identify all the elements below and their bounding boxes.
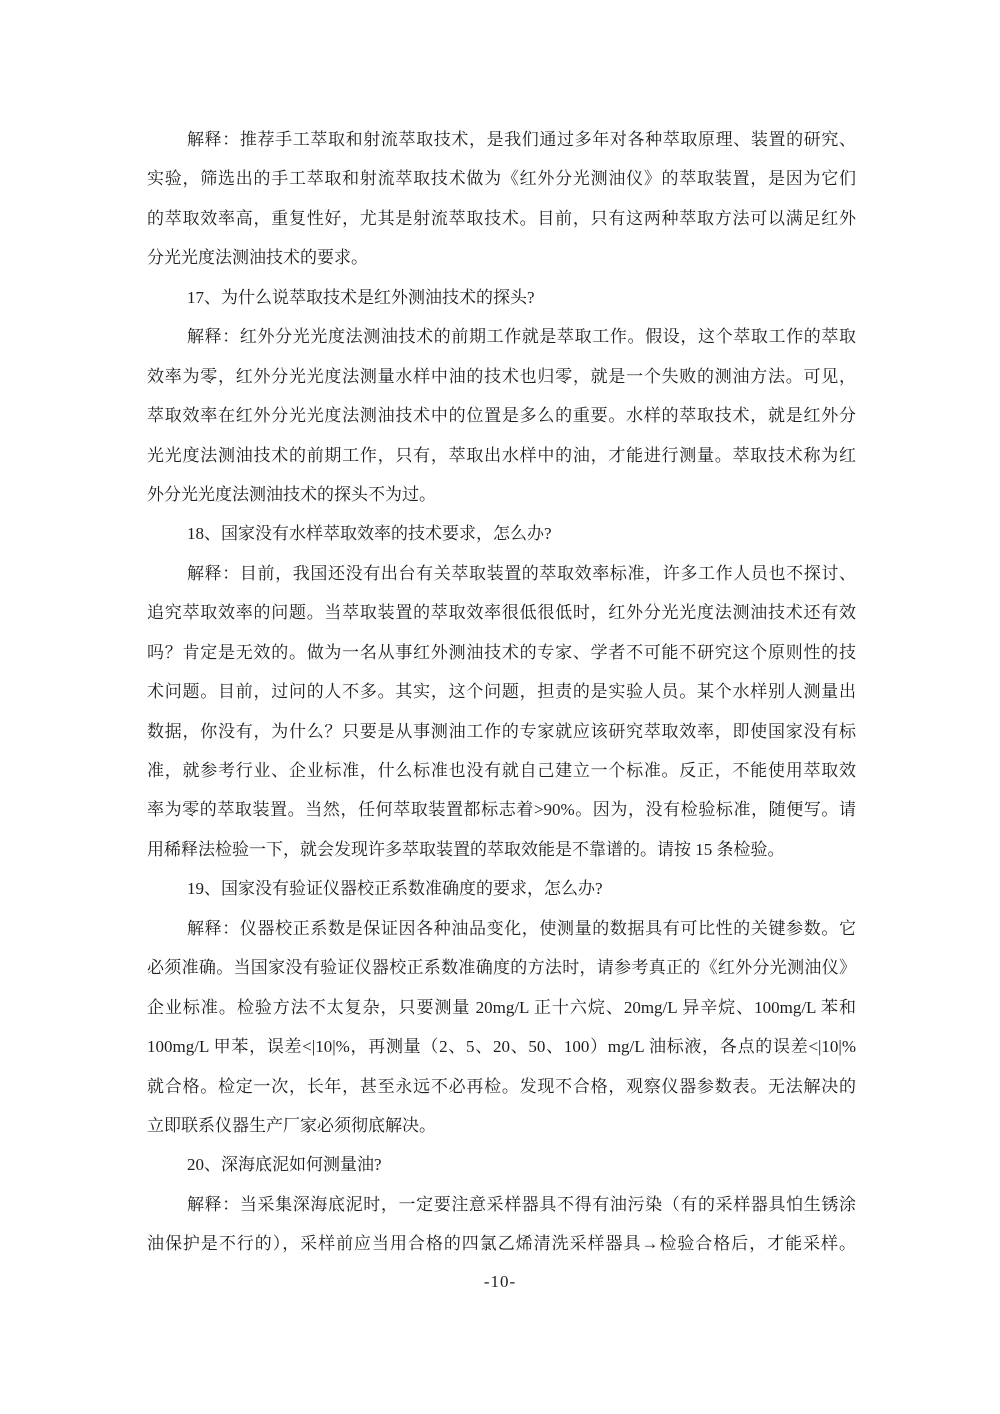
text-line: 就合格。检定一次，长年，甚至永远不必再检。发现不合格，观察仪器参数表。无法解决的 [147, 1067, 856, 1106]
document-page: 解释：推荐手工萃取和射流萃取技术，是我们通过多年对各种萃取原理、装置的研究、实验… [0, 0, 1000, 1414]
text-line: 吗？肯定是无效的。做为一名从事红外测油技术的专家、学者不可能不研究这个原则性的技 [147, 633, 856, 672]
text-line: 效率为零，红外分光光度法测量水样中油的技术也归零，就是一个失败的测油方法。可见， [147, 357, 856, 396]
text-line: 用稀释法检验一下，就会发现许多萃取装置的萃取效能是不靠谱的。请按 15 条检验。 [147, 830, 856, 869]
question-line: 17、为什么说萃取技术是红外测油技术的探头? [147, 278, 856, 317]
question-line: 19、国家没有验证仪器校正系数准确度的要求，怎么办? [147, 869, 856, 908]
text-line: 解释：仪器校正系数是保证因各种油品变化，使测量的数据具有可比性的关键参数。它 [147, 909, 856, 948]
text-line: 数据，你没有，为什么？只要是从事测油工作的专家就应该研究萃取效率，即使国家没有标 [147, 712, 856, 751]
text-line: 实验，筛选出的手工萃取和射流萃取技术做为《红外分光测油仪》的萃取装置，是因为它们 [147, 159, 856, 198]
text-line: 解释：当采集深海底泥时，一定要注意采样器具不得有油污染（有的采样器具怕生锈涂 [147, 1185, 856, 1224]
question-line: 20、深海底泥如何测量油? [147, 1145, 856, 1184]
text-line: 必须准确。当国家没有验证仪器校正系数准确度的方法时，请参考真正的《红外分光测油仪… [147, 948, 856, 987]
text-line: 术问题。目前，过问的人不多。其实，这个问题，担责的是实验人员。某个水样别人测量出 [147, 672, 856, 711]
text-line: 分光光度法测油技术的要求。 [147, 238, 856, 277]
text-line: 解释：红外分光光度法测油技术的前期工作就是萃取工作。假设，这个萃取工作的萃取 [147, 317, 856, 356]
text-line: 率为零的萃取装置。当然，任何萃取装置都标志着>90%。因为，没有检验标准，随便写… [147, 790, 856, 829]
text-line: 100mg/L 甲苯，误差<|10|%，再测量（2、5、20、50、100）mg… [147, 1027, 856, 1066]
question-line: 18、国家没有水样萃取效率的技术要求，怎么办? [147, 514, 856, 553]
text-line: 立即联系仪器生产厂家必须彻底解决。 [147, 1106, 856, 1145]
page-number: -10- [0, 1262, 1000, 1301]
text-line: 油保护是不行的），采样前应当用合格的四氯乙烯清洗采样器具→检验合格后，才能采样。 [147, 1224, 856, 1263]
text-line: 解释：推荐手工萃取和射流萃取技术，是我们通过多年对各种萃取原理、装置的研究、 [147, 120, 856, 159]
text-line: 企业标准。检验方法不太复杂，只要测量 20mg/L 正十六烷、20mg/L 异辛… [147, 988, 856, 1027]
text-line: 的萃取效率高，重复性好，尤其是射流萃取技术。目前，只有这两种萃取方法可以满足红外 [147, 199, 856, 238]
text-line: 外分光光度法测油技术的探头不为过。 [147, 475, 856, 514]
document-body: 解释：推荐手工萃取和射流萃取技术，是我们通过多年对各种萃取原理、装置的研究、实验… [147, 120, 856, 1264]
text-line: 光光度法测油技术的前期工作，只有，萃取出水样中的油，才能进行测量。萃取技术称为红 [147, 436, 856, 475]
text-line: 解释：目前，我国还没有出台有关萃取装置的萃取效率标准，许多工作人员也不探讨、 [147, 554, 856, 593]
text-line: 追究萃取效率的问题。当萃取装置的萃取效率很低很低时，红外分光光度法测油技术还有效 [147, 593, 856, 632]
text-line: 萃取效率在红外分光光度法测油技术中的位置是多么的重要。水样的萃取技术，就是红外分 [147, 396, 856, 435]
text-line: 准，就参考行业、企业标准，什么标准也没有就自己建立一个标准。反正，不能使用萃取效 [147, 751, 856, 790]
